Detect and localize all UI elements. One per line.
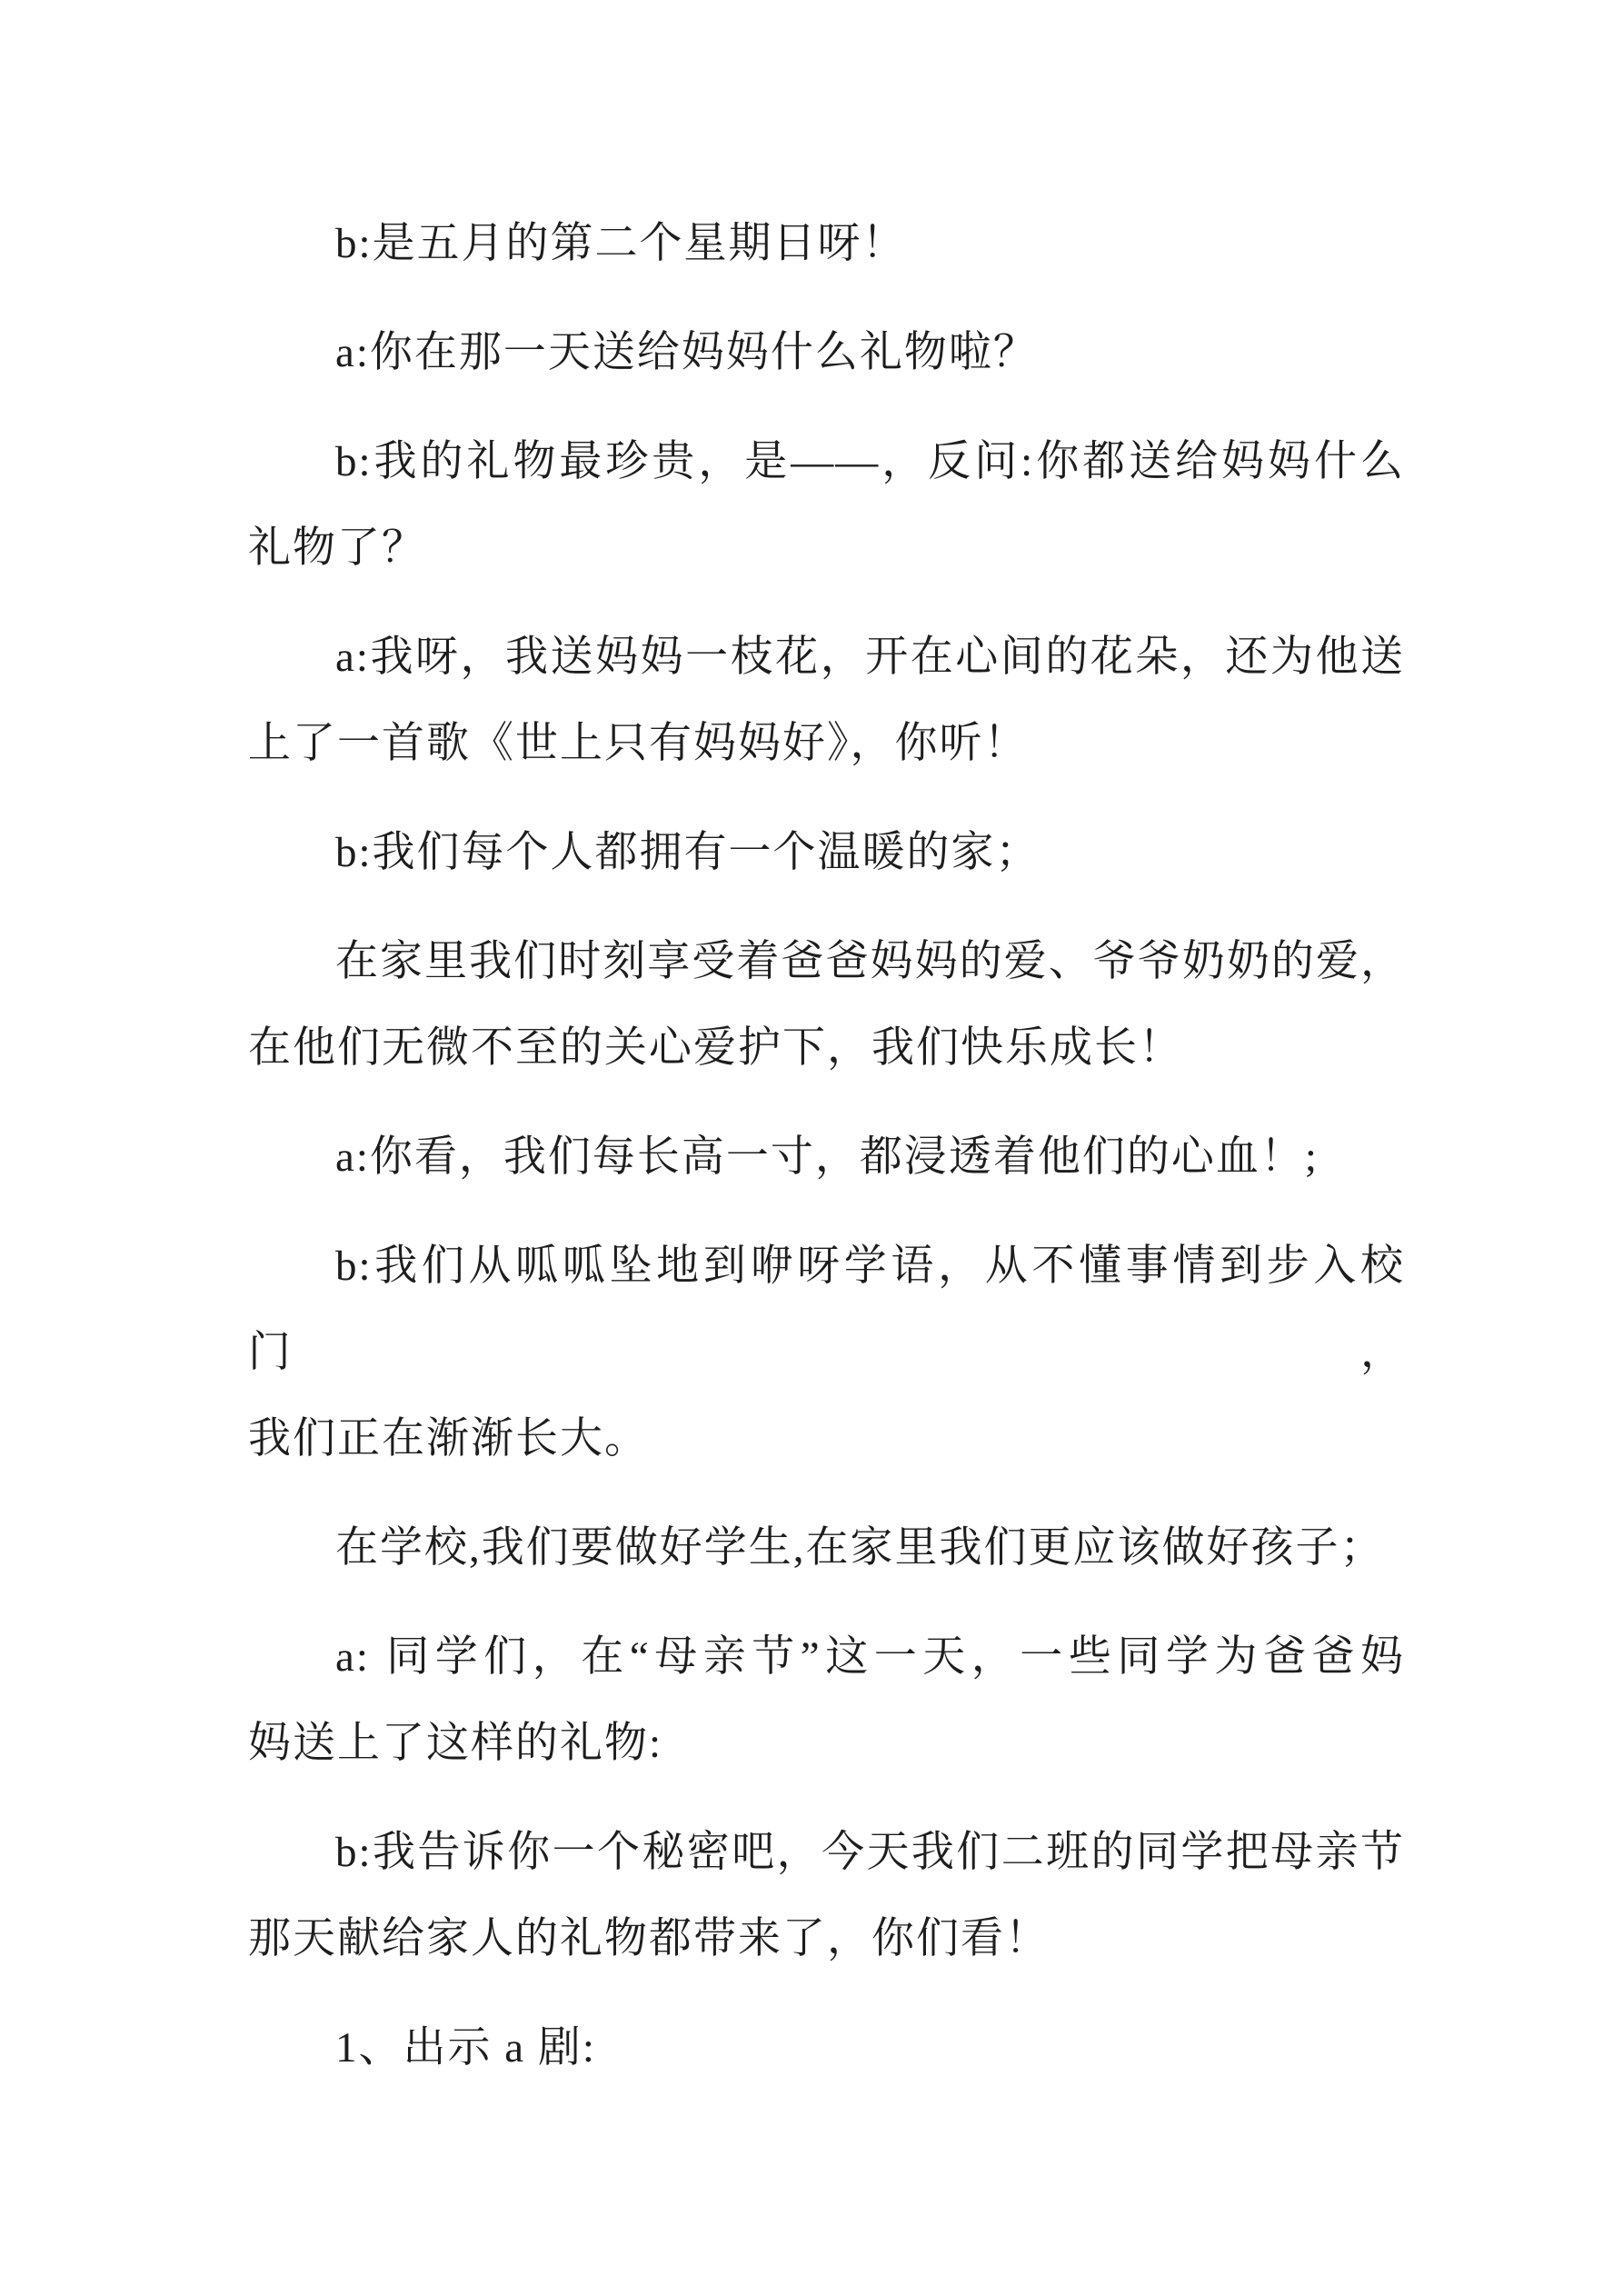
paragraph: a:你在那一天送给妈妈什么礼物啦？ xyxy=(248,310,1405,396)
text-line: 1、出示 a 剧: xyxy=(248,2005,1405,2091)
text-line: b:我们从呱呱坠地到咿呀学语，从不懂事情到步入校门， xyxy=(248,1223,1405,1396)
text-line: b:是五月的第二个星期日呀！ xyxy=(248,201,1405,287)
paragraph: 1、出示 a 剧: xyxy=(248,2005,1405,2091)
paragraph: b:我告诉你一个秘密吧，今天我们二班的同学把母亲节 那天献给家人的礼物都带来了，… xyxy=(248,1810,1405,1982)
paragraph: a:你看，我们每长高一寸，都浸透着他们的心血！; xyxy=(248,1114,1405,1201)
text-line: a:你看，我们每长高一寸，都浸透着他们的心血！; xyxy=(248,1114,1405,1201)
text-line: b:我的礼物最珍贵，是——，反问:你都送给妈妈什么 xyxy=(248,419,1405,505)
text-line: a:我呀，我送妈妈一枝花，开在心间的花朵，还为他送 xyxy=(248,614,1405,701)
paragraph: b:我的礼物最珍贵，是——，反问:你都送给妈妈什么 礼物了？ xyxy=(248,419,1405,592)
text-line: a:你在那一天送给妈妈什么礼物啦？ xyxy=(248,310,1405,396)
paragraph: a: 同学们，在“母亲节”这一天，一些同学为爸爸妈 妈送上了这样的礼物: xyxy=(248,1614,1405,1787)
text-line: 我们正在渐渐长大。 xyxy=(248,1396,1405,1482)
paragraph: 在家里我们时刻享受着爸爸妈妈的爱、爷爷奶奶的爱， 在他们无微不至的关心爱护下，我… xyxy=(248,919,1405,1092)
paragraph: b:我们每个人都拥有一个温暖的家； xyxy=(248,810,1405,896)
text-line: 那天献给家人的礼物都带来了，你们看！ xyxy=(248,1896,1405,1982)
text-line: 在家里我们时刻享受着爸爸妈妈的爱、爷爷奶奶的爱， xyxy=(248,919,1405,1005)
text-line: 在他们无微不至的关心爱护下，我们快乐成长！ xyxy=(248,1005,1405,1092)
text-line: 妈送上了这样的礼物: xyxy=(248,1701,1405,1787)
text-line: 礼物了？ xyxy=(248,505,1405,592)
text-line: 在学校,我们要做好学生,在家里我们更应该做好孩子； xyxy=(248,1505,1405,1592)
paragraph: a:我呀，我送妈妈一枝花，开在心间的花朵，还为他送 上了一首歌《世上只有妈妈好》… xyxy=(248,614,1405,787)
paragraph: 在学校,我们要做好学生,在家里我们更应该做好孩子； xyxy=(248,1505,1405,1592)
paragraph: b:我们从呱呱坠地到咿呀学语，从不懂事情到步入校门， 我们正在渐渐长大。 xyxy=(248,1223,1405,1482)
paragraph: b:是五月的第二个星期日呀！ xyxy=(248,201,1405,287)
text-line: b:我告诉你一个秘密吧，今天我们二班的同学把母亲节 xyxy=(248,1810,1405,1896)
text-line: b:我们每个人都拥有一个温暖的家； xyxy=(248,810,1405,896)
text-line: 上了一首歌《世上只有妈妈好》，你听！ xyxy=(248,701,1405,787)
document-page: b:是五月的第二个星期日呀！ a:你在那一天送给妈妈什么礼物啦？ b:我的礼物最… xyxy=(0,0,1623,2296)
text-line: a: 同学们，在“母亲节”这一天，一些同学为爸爸妈 xyxy=(248,1614,1405,1701)
